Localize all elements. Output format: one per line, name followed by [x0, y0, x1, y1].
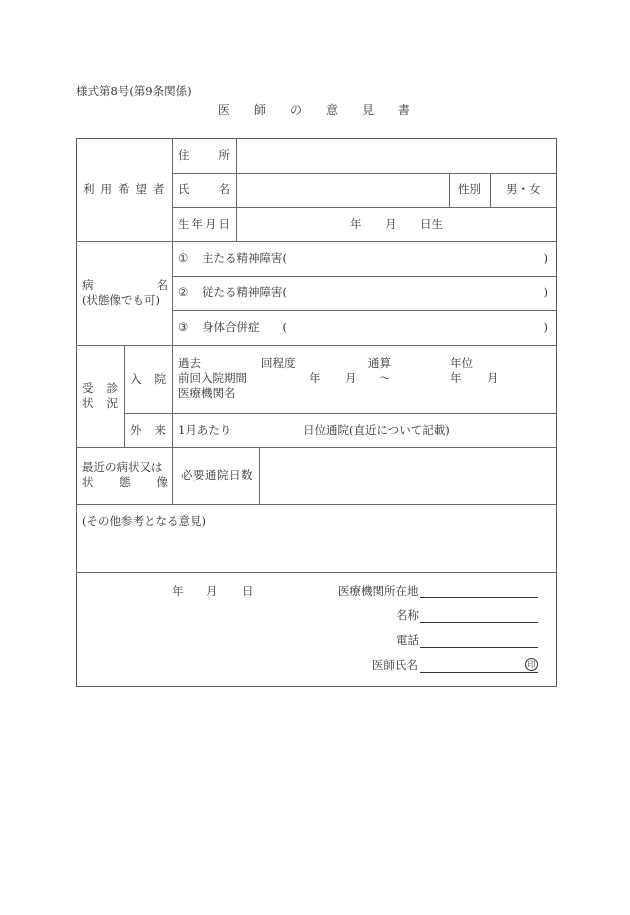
divider [76, 241, 556, 242]
applicant-section-label: 利用希望者 [83, 184, 167, 196]
dob-year[interactable]: 年 [350, 219, 362, 231]
consultation-section-label: 受診 状況 [82, 383, 118, 409]
institution-address-field[interactable] [420, 597, 538, 598]
form-number: 様式第8号(第9条関係) [76, 86, 192, 98]
period-tilde: 〜 [379, 373, 391, 385]
divider [124, 413, 556, 414]
title-char: 意 [326, 104, 338, 116]
outpatient-per-month: 1月あたり [178, 425, 231, 437]
title-char: 見 [362, 104, 374, 116]
doctor-name-field[interactable] [420, 672, 538, 673]
required-days-label: 必要通院日数 [181, 470, 253, 482]
period-month-from[interactable]: 月 [345, 373, 357, 385]
outpatient-label: 外来 [130, 425, 166, 437]
divider [124, 345, 125, 447]
name-label: 氏名 [178, 184, 230, 196]
seal-icon: 印 [525, 658, 538, 671]
diagnosis-row-physical[interactable]: ③ 身体合併症 ( ) [178, 322, 548, 334]
dob-day[interactable]: 日生 [420, 219, 443, 231]
outpatient-days[interactable]: 日位通院(直近について記載) [303, 425, 450, 437]
title-char: 医 [218, 104, 230, 116]
other-opinions-field[interactable] [78, 534, 554, 570]
other-opinions-label: (その他参考となる意見) [82, 516, 206, 528]
recent-condition-label: 最近の病状又は 状 態 像 [82, 462, 168, 488]
period-month-to[interactable]: 月 [487, 373, 499, 385]
institution-name-field[interactable] [420, 622, 538, 623]
divider [172, 138, 173, 504]
phone-field[interactable] [420, 647, 538, 648]
divider [490, 173, 491, 207]
dob-month[interactable]: 月 [385, 219, 397, 231]
institution-address-label: 医療機関所在地 [338, 586, 419, 598]
address-field[interactable] [238, 140, 554, 171]
divider [76, 345, 556, 346]
gender-label: 性別 [458, 184, 481, 196]
divider [76, 572, 556, 573]
institution-name-sig-label: 名称 [396, 610, 419, 622]
date-day[interactable]: 日 [242, 586, 254, 598]
divider [172, 276, 556, 277]
diagnosis-row-secondary[interactable]: ② 従たる精神障害( ) [178, 287, 548, 299]
required-days-field[interactable] [261, 449, 554, 502]
number-3: ③ [178, 320, 188, 334]
divider [449, 173, 450, 207]
divider [172, 310, 556, 311]
divider [172, 173, 556, 174]
number-1: ① [178, 251, 188, 265]
divider [236, 138, 237, 241]
last-period-label: 前回入院期間 [178, 373, 247, 385]
inpatient-total: 通算 [368, 358, 391, 370]
phone-label: 電話 [396, 635, 419, 647]
title-char: 書 [398, 104, 410, 116]
institution-name-label: 医療機関名 [178, 388, 236, 400]
divider [259, 447, 260, 504]
period-year-from[interactable]: 年 [309, 373, 321, 385]
inpatient-label: 入院 [130, 374, 166, 386]
doctor-name-label: 医師氏名 [372, 660, 418, 672]
date-year[interactable]: 年 [172, 586, 184, 598]
period-year-to[interactable]: 年 [450, 373, 462, 385]
diagnosis-section-label: 病名 (状態像でも可) [82, 280, 168, 306]
inpatient-past: 過去 [178, 358, 201, 370]
name-field[interactable] [238, 175, 447, 205]
number-2: ② [178, 285, 188, 299]
divider [76, 504, 556, 505]
document-title: 医 師 の 意 見 書 [218, 104, 410, 116]
divider [172, 207, 556, 208]
title-char: 師 [254, 104, 266, 116]
date-month[interactable]: 月 [206, 586, 218, 598]
inpatient-times[interactable]: 回程度 [261, 358, 296, 370]
address-label: 住所 [178, 150, 230, 162]
title-char: の [290, 104, 302, 116]
inpatient-years[interactable]: 年位 [450, 358, 473, 370]
gender-options[interactable]: 男・女 [506, 184, 541, 196]
divider [76, 447, 556, 448]
dob-label: 生年月日 [178, 219, 232, 231]
diagnosis-row-primary[interactable]: ① 主たる精神障害( ) [178, 253, 548, 265]
